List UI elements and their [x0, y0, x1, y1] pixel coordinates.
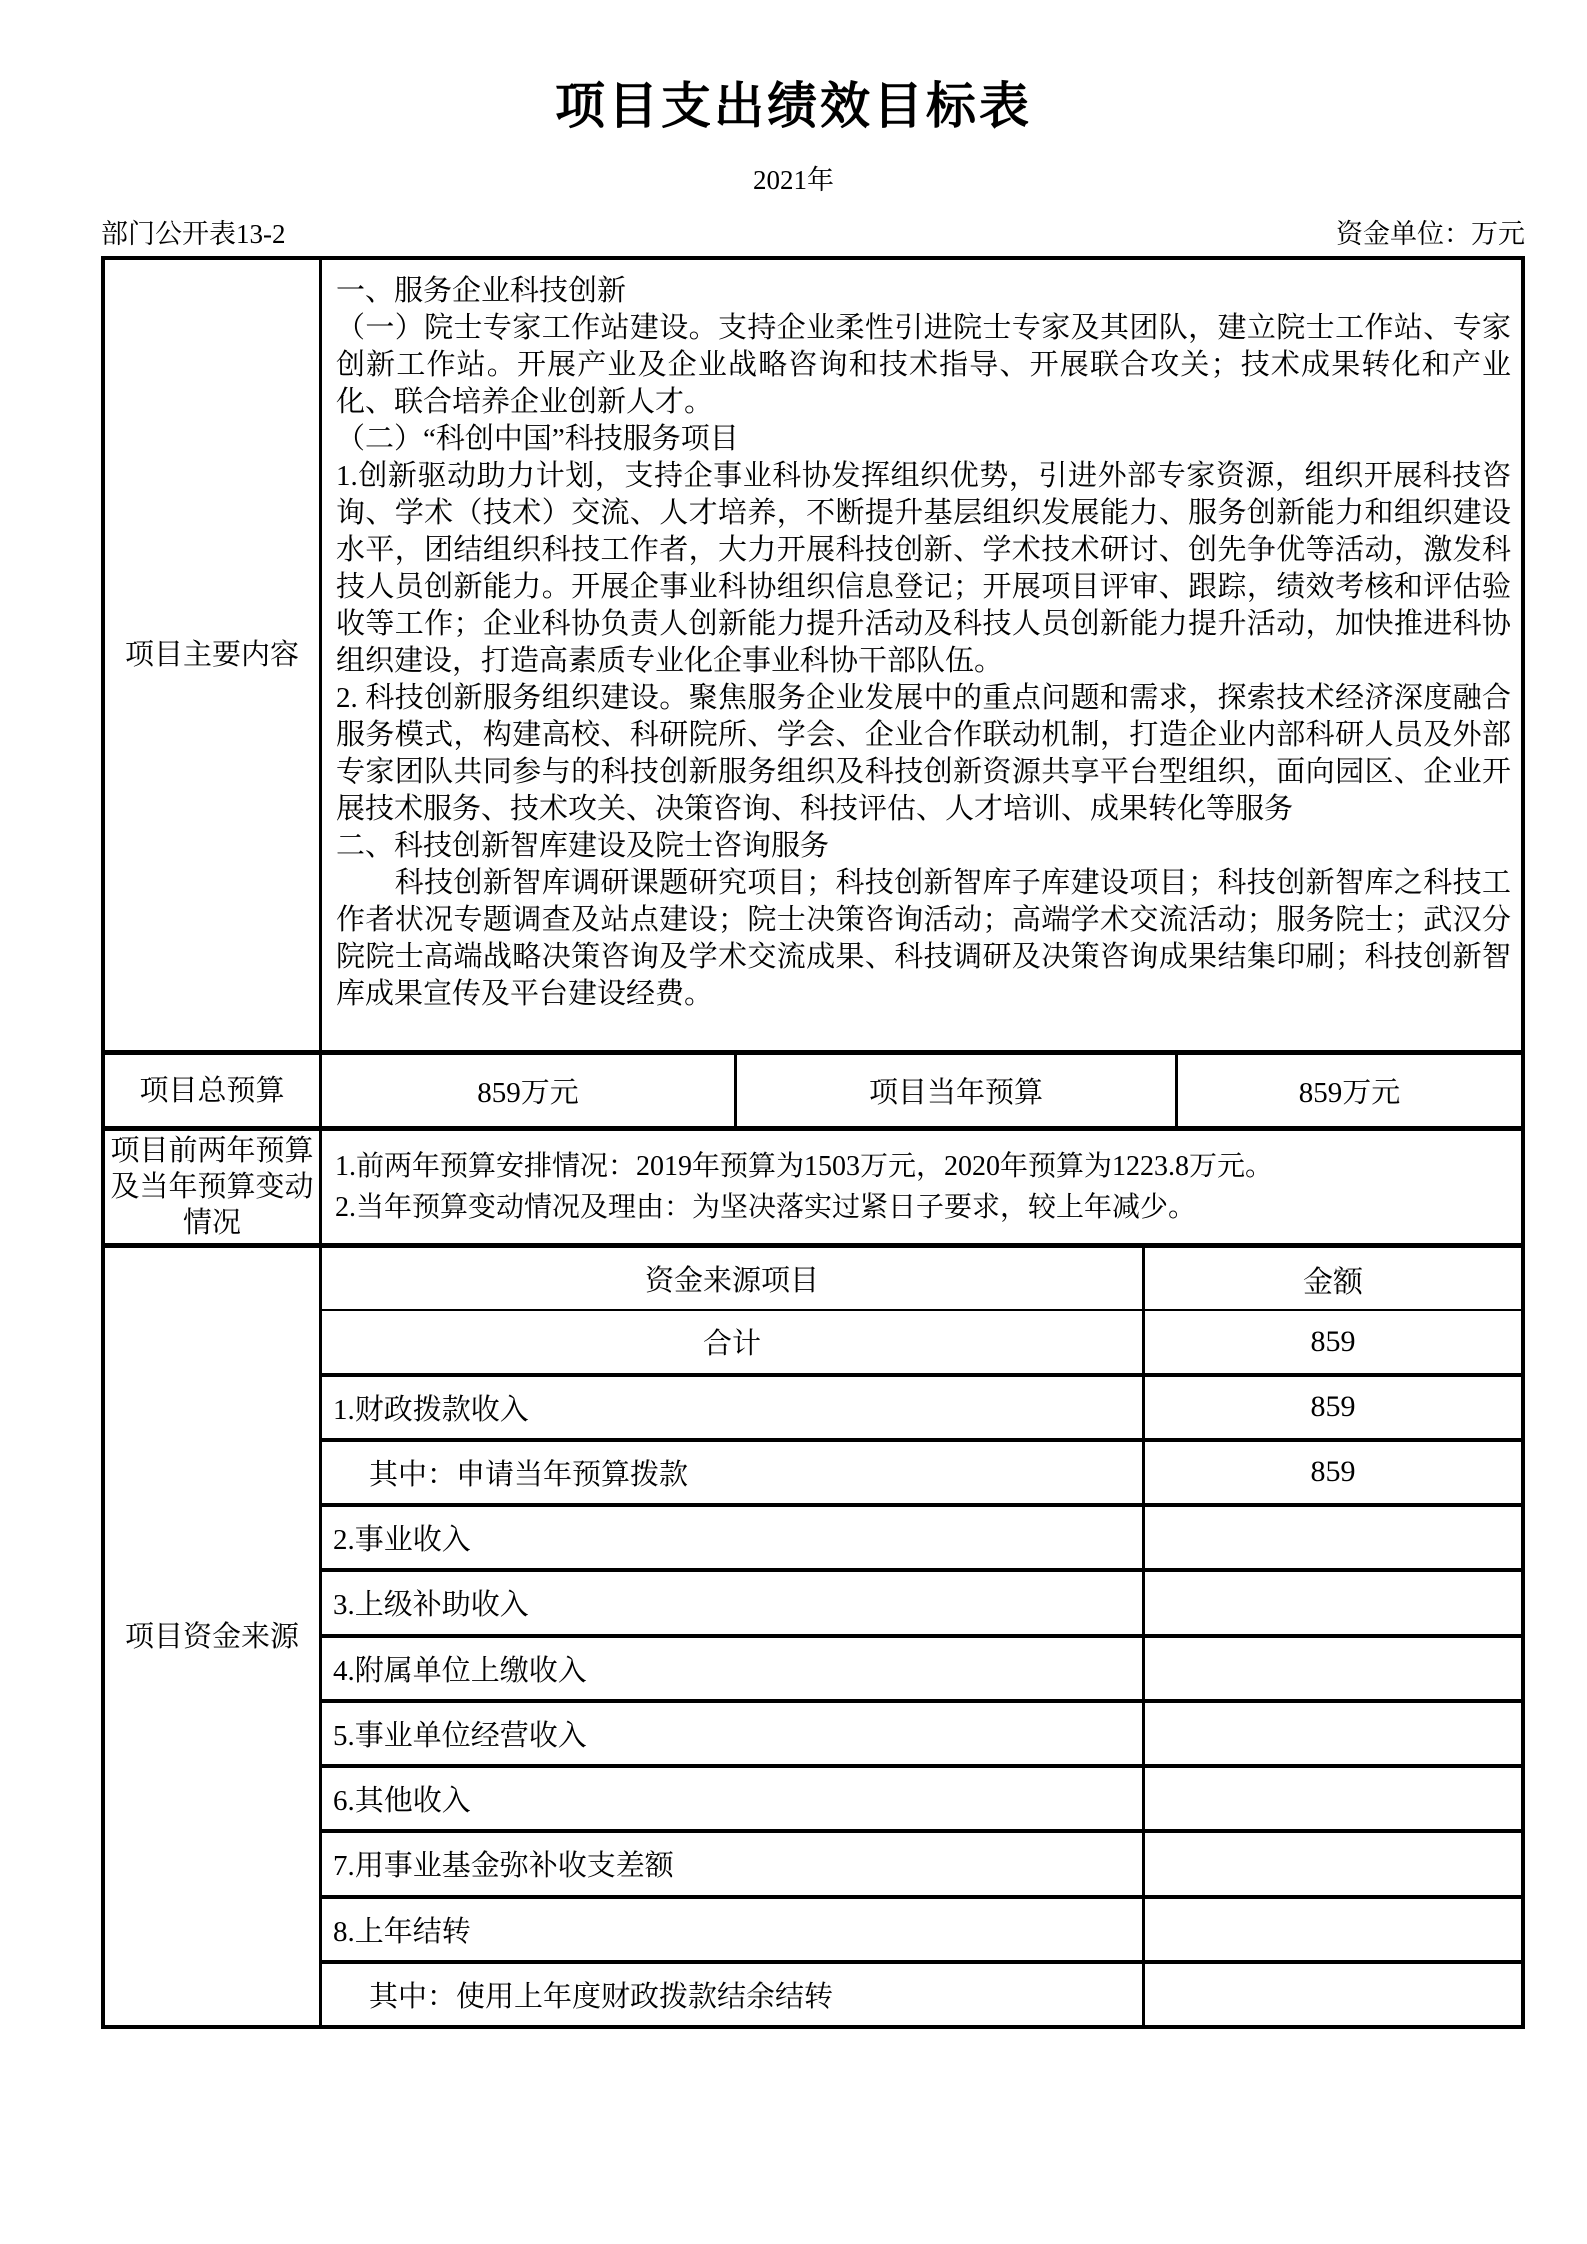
current-budget-label: 项目当年预算: [734, 1055, 1175, 1126]
main-content-label: 项目主要内容: [105, 260, 319, 1050]
funding-row-label: 其中：申请当年预算拨款: [322, 1442, 1142, 1503]
funding-row-amount: 859: [1142, 1377, 1521, 1438]
budget-row: 项目总预算 859万元 项目当年预算 859万元: [105, 1050, 1521, 1126]
funding-row-fiscal: 1.财政拨款收入 859: [322, 1373, 1521, 1438]
currency-unit: 资金单位：万元: [1336, 212, 1525, 251]
funding-subtable: 资金来源项目 金额 合计 859 1.财政拨款收入 859 其中：申请当年预算拨…: [319, 1248, 1521, 2025]
funding-row-label: 2.事业收入: [322, 1507, 1142, 1568]
main-content-text: 一、服务企业科技创新 （一）院士专家工作站建设。支持企业柔性引进院士专家及其团队…: [319, 260, 1521, 1050]
funding-row-amount: [1142, 1703, 1521, 1764]
funding-row-label: 3.上级补助收入: [322, 1572, 1142, 1633]
funding-row-amount: [1142, 1964, 1521, 2025]
funding-row-amount: [1142, 1899, 1521, 1960]
funding-row-label: 1.财政拨款收入: [322, 1377, 1142, 1438]
funding-row-label: 5.事业单位经营收入: [322, 1703, 1142, 1764]
funding-row-amount: 859: [1142, 1311, 1521, 1372]
prior-budget-line2: 2.当年预算变动情况及理由：为坚决落实过紧日子要求，较上年减少。: [335, 1187, 1521, 1228]
funding-row-affiliated-units: 4.附属单位上缴收入: [322, 1634, 1521, 1699]
performance-target-table: 项目主要内容 一、服务企业科技创新 （一）院士专家工作站建设。支持企业柔性引进院…: [101, 256, 1525, 2029]
funding-row-amount: 859: [1142, 1442, 1521, 1503]
funding-row-other-income: 6.其他收入: [322, 1764, 1521, 1829]
prior-budget-label: 项目前两年预算及当年预算变动情况: [105, 1131, 319, 1243]
funding-header-source: 资金来源项目: [322, 1248, 1142, 1309]
funding-header-amount: 金额: [1142, 1248, 1521, 1309]
prior-budget-content: 1.前两年预算安排情况：2019年预算为1503万元，2020年预算为1223.…: [319, 1131, 1521, 1243]
funding-row-total: 合计 859: [322, 1309, 1521, 1372]
funding-row-superior-subsidy: 3.上级补助收入: [322, 1568, 1521, 1633]
funding-header-row: 资金来源项目 金额: [322, 1248, 1521, 1309]
document-page: 项目支出绩效目标表 2021年 部门公开表13-2 资金单位：万元 项目主要内容…: [0, 0, 1587, 2244]
funding-row-fund-deficit: 7.用事业基金弥补收支差额: [322, 1829, 1521, 1894]
funding-row-label: 7.用事业基金弥补收支差额: [322, 1833, 1142, 1894]
funding-row-operating-income: 5.事业单位经营收入: [322, 1699, 1521, 1764]
main-content-row: 项目主要内容 一、服务企业科技创新 （一）院士专家工作站建设。支持企业柔性引进院…: [105, 260, 1521, 1050]
funding-row-amount: [1142, 1833, 1521, 1894]
funding-row-fiscal-current: 其中：申请当年预算拨款 859: [322, 1438, 1521, 1503]
funding-row: 项目资金来源 资金来源项目 金额 合计 859 1.财政拨款收入 859 其中：…: [105, 1243, 1521, 2025]
document-title: 项目支出绩效目标表: [0, 66, 1587, 138]
funding-row-label: 8.上年结转: [322, 1899, 1142, 1960]
total-budget-value: 859万元: [319, 1055, 734, 1126]
funding-row-fiscal-carryover: 其中：使用上年度财政拨款结余结转: [322, 1960, 1521, 2025]
document-subtitle: 2021年: [0, 158, 1587, 197]
funding-row-amount: [1142, 1638, 1521, 1699]
funding-row-amount: [1142, 1572, 1521, 1633]
form-number: 部门公开表13-2: [101, 212, 286, 251]
funding-row-amount: [1142, 1507, 1521, 1568]
meta-row: 部门公开表13-2 资金单位：万元: [101, 212, 1525, 251]
funding-row-label: 6.其他收入: [322, 1768, 1142, 1829]
total-budget-label: 项目总预算: [105, 1055, 319, 1126]
funding-row-label: 合计: [322, 1311, 1142, 1372]
funding-row-label: 4.附属单位上缴收入: [322, 1638, 1142, 1699]
prior-budget-row: 项目前两年预算及当年预算变动情况 1.前两年预算安排情况：2019年预算为150…: [105, 1126, 1521, 1243]
funding-row-business: 2.事业收入: [322, 1503, 1521, 1568]
prior-budget-line1: 1.前两年预算安排情况：2019年预算为1503万元，2020年预算为1223.…: [335, 1146, 1521, 1187]
current-budget-value: 859万元: [1175, 1055, 1521, 1126]
funding-label: 项目资金来源: [105, 1248, 319, 2025]
funding-row-carryover: 8.上年结转: [322, 1895, 1521, 1960]
funding-row-label: 其中：使用上年度财政拨款结余结转: [322, 1964, 1142, 2025]
funding-row-amount: [1142, 1768, 1521, 1829]
